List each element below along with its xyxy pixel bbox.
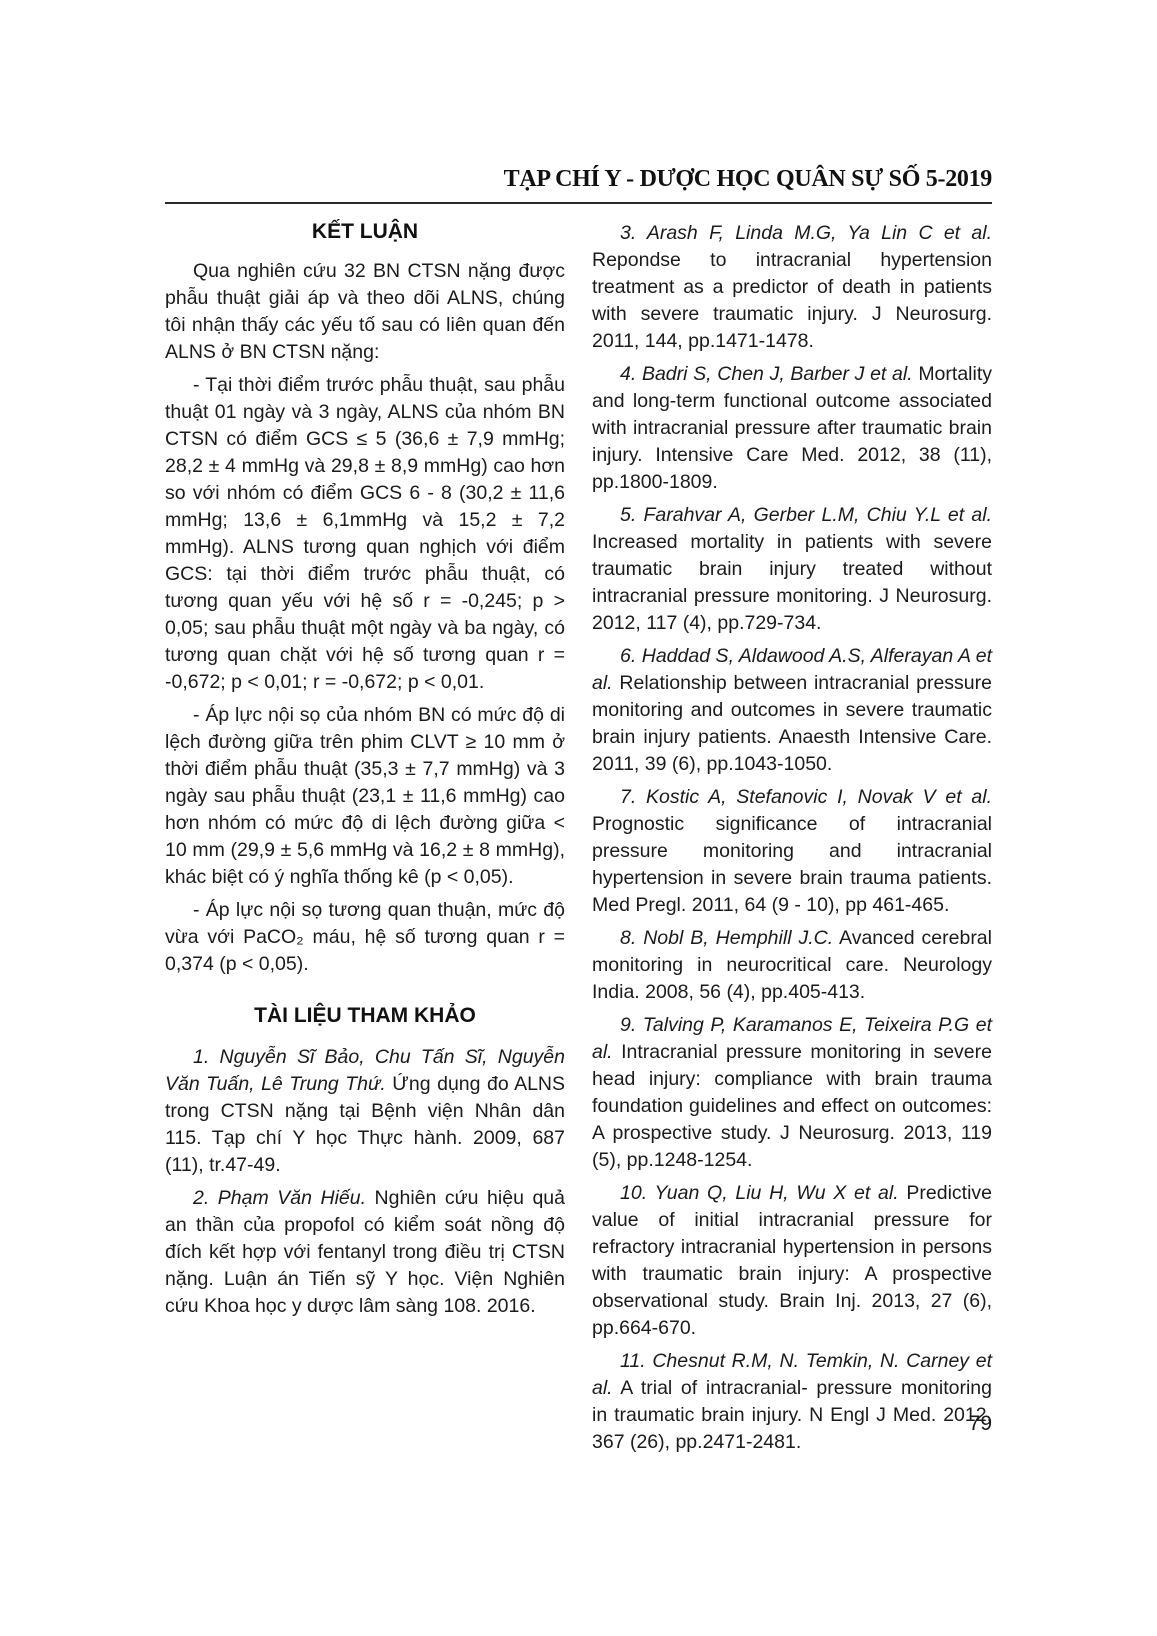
two-column-body: KẾT LUẬN Qua nghiên cứu 32 BN CTSN nặng … xyxy=(165,220,992,1462)
reference-authors: 5. Farahvar A, Gerber L.M, Chiu Y.L et a… xyxy=(620,504,992,526)
right-column: 3. Arash F, Linda M.G, Ya Lin C et al. R… xyxy=(592,220,992,1462)
header-divider-rule xyxy=(165,202,992,204)
journal-title-header: TẠP CHÍ Y - DƯỢC HỌC QUÂN SỰ SỐ 5-2019 xyxy=(165,166,992,193)
reference-item: 6. Haddad S, Aldawood A.S, Alferayan A e… xyxy=(592,643,992,778)
reference-item: 11. Chesnut R.M, N. Temkin, N. Carney et… xyxy=(592,1348,992,1456)
conclusion-paragraph: - Tại thời điểm trước phẫu thuật, sau ph… xyxy=(165,372,565,696)
reference-item: 2. Phạm Văn Hiếu. Nghiên cứu hiệu quả an… xyxy=(165,1185,565,1320)
left-column: KẾT LUẬN Qua nghiên cứu 32 BN CTSN nặng … xyxy=(165,220,565,1462)
document-page: TẠP CHÍ Y - DƯỢC HỌC QUÂN SỰ SỐ 5-2019 K… xyxy=(0,0,1157,1636)
reference-text: Intracranial pressure monitoring in seve… xyxy=(592,1041,992,1171)
reference-text: Predictive value of initial intracranial… xyxy=(592,1182,992,1339)
conclusion-paragraph: Qua nghiên cứu 32 BN CTSN nặng được phẫu… xyxy=(165,258,565,366)
conclusion-paragraph: - Áp lực nội sọ của nhóm BN có mức độ di… xyxy=(165,702,565,891)
reference-item: 10. Yuan Q, Liu H, Wu X et al. Predictiv… xyxy=(592,1180,992,1342)
reference-authors: 8. Nobl B, Hemphill J.C. xyxy=(620,927,833,949)
reference-item: 3. Arash F, Linda M.G, Ya Lin C et al. R… xyxy=(592,220,992,355)
references-heading: TÀI LIỆU THAM KHẢO xyxy=(165,1004,565,1028)
page-number: 79 xyxy=(165,1412,992,1436)
reference-authors: 4. Badri S, Chen J, Barber J et al. xyxy=(620,363,913,385)
reference-authors: 7. Kostic A, Stefanovic I, Novak V et al… xyxy=(620,786,992,808)
conclusion-heading: KẾT LUẬN xyxy=(165,220,565,244)
conclusion-paragraph: - Áp lực nội sọ tương quan thuận, mức độ… xyxy=(165,897,565,978)
reference-authors: 2. Phạm Văn Hiếu. xyxy=(193,1187,366,1209)
reference-item: 7. Kostic A, Stefanovic I, Novak V et al… xyxy=(592,784,992,919)
reference-item: 4. Badri S, Chen J, Barber J et al. Mort… xyxy=(592,361,992,496)
reference-text: Increased mortality in patients with sev… xyxy=(592,531,992,634)
reference-item: 8. Nobl B, Hemphill J.C. Avanced cerebra… xyxy=(592,925,992,1006)
reference-item: 5. Farahvar A, Gerber L.M, Chiu Y.L et a… xyxy=(592,502,992,637)
reference-text: Repondse to intracranial hypertension tr… xyxy=(592,249,992,352)
reference-authors: 10. Yuan Q, Liu H, Wu X et al. xyxy=(620,1182,899,1204)
reference-item: 1. Nguyễn Sĩ Bảo, Chu Tấn Sĩ, Nguyễn Văn… xyxy=(165,1044,565,1179)
reference-text: Relationship between intracranial pressu… xyxy=(592,672,992,775)
reference-text: Prognostic significance of intracranial … xyxy=(592,813,992,916)
reference-item: 9. Talving P, Karamanos E, Teixeira P.G … xyxy=(592,1012,992,1174)
reference-authors: 3. Arash F, Linda M.G, Ya Lin C et al. xyxy=(620,222,992,244)
